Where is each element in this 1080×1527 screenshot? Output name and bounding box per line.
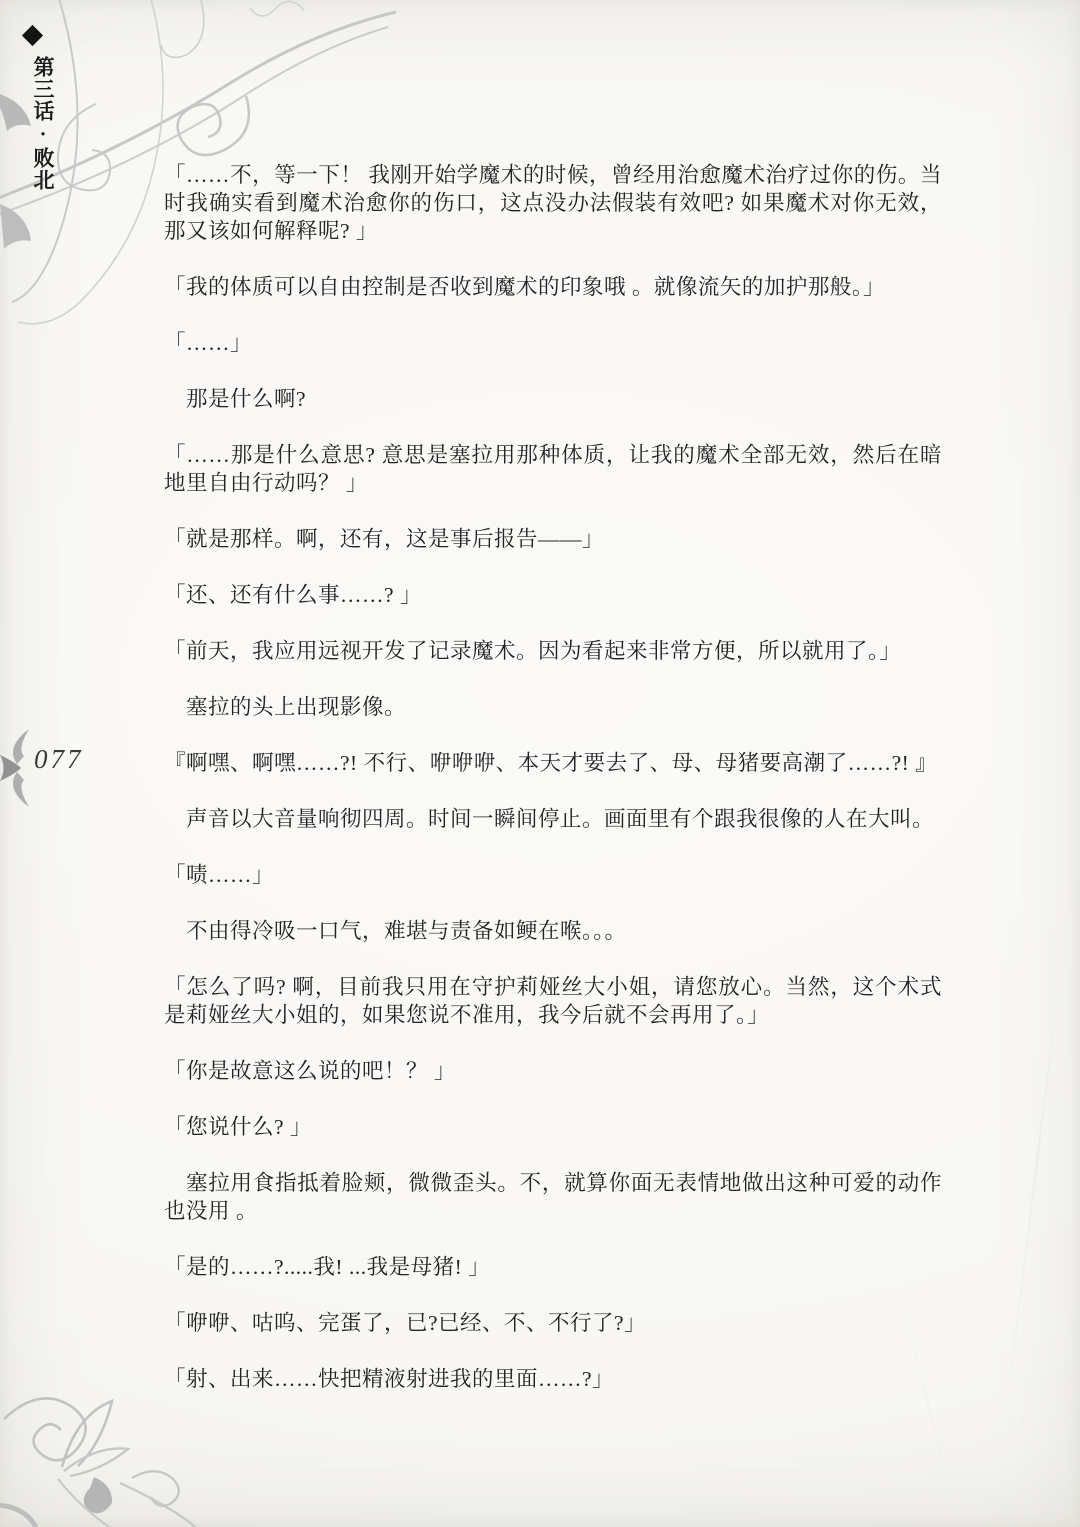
paragraph: 不由得冷吸一口气，难堪与责备如鲠在喉。。。 [164,917,942,945]
paragraph: 「是的……?.....我! ...我是母猪! 」 [164,1253,942,1281]
paragraph: 「……」 [164,329,942,357]
paragraph: 「你是故意这么说的吧！？ 」 [164,1057,942,1085]
paragraph: 那是什么啊? [164,385,942,413]
text-column: 「……不，等一下！ 我刚开始学魔术的时候，曾经用治愈魔术治疗过你的伤。当时我确实… [164,161,942,1421]
paragraph: 「啧……」 [164,861,942,889]
paragraph: 「咿咿、咕呜、完蛋了，已?已经、不、不行了?」 [164,1309,942,1337]
paragraph: 声音以大音量响彻四周。时间一瞬间停止。画面里有个跟我很像的人在大叫。 [164,805,942,833]
paragraph: 「我的体质可以自由控制是否收到魔术的印象哦 。就像流矢的加护那般。」 [164,273,942,301]
paragraph: 「……那是什么意思? 意思是塞拉用那种体质，让我的魔术全部无效，然后在暗地里自由… [164,441,942,497]
paragraph: 「您说什么? 」 [164,1113,942,1141]
chapter-title: 第三话·败北 [21,56,65,191]
paragraph: 「就是那样。啊，还有，这是事后报告——」 [164,525,942,553]
paragraph: 「怎么了吗? 啊，目前我只用在守护莉娅丝大小姐，请您放心。当然，这个术式是莉娅丝… [164,973,942,1029]
paragraph: 「前天，我应用远视开发了记录魔术。因为看起来非常方便，所以就用了。」 [164,637,942,665]
paper-crease [1002,982,1060,1439]
paragraph: 塞拉的头上出现影像。 [164,693,942,721]
paragraph: 「……不，等一下！ 我刚开始学魔术的时候，曾经用治愈魔术治疗过你的伤。当时我确实… [164,161,942,245]
paragraph: 「射、出来……快把精液射进我的里面……?」 [164,1365,942,1393]
book-page: 第三话·败北 077 「……不，等一下！ 我刚开始学魔术的时候，曾经用治愈魔术治… [0,0,1080,1527]
paragraph: 『啊嘿、啊嘿……?! 不行、咿咿咿、本天才要去了、母、母猪要高潮了……?! 』 [164,749,942,777]
paragraph: 塞拉用食指抵着脸颊，微微歪头。不，就算你面无表情地做出这种可爱的动作也没用 。 [164,1169,942,1225]
paragraph: 「还、还有什么事……? 」 [164,581,942,609]
diamond-icon [22,25,43,46]
page-number: 077 [34,744,84,775]
